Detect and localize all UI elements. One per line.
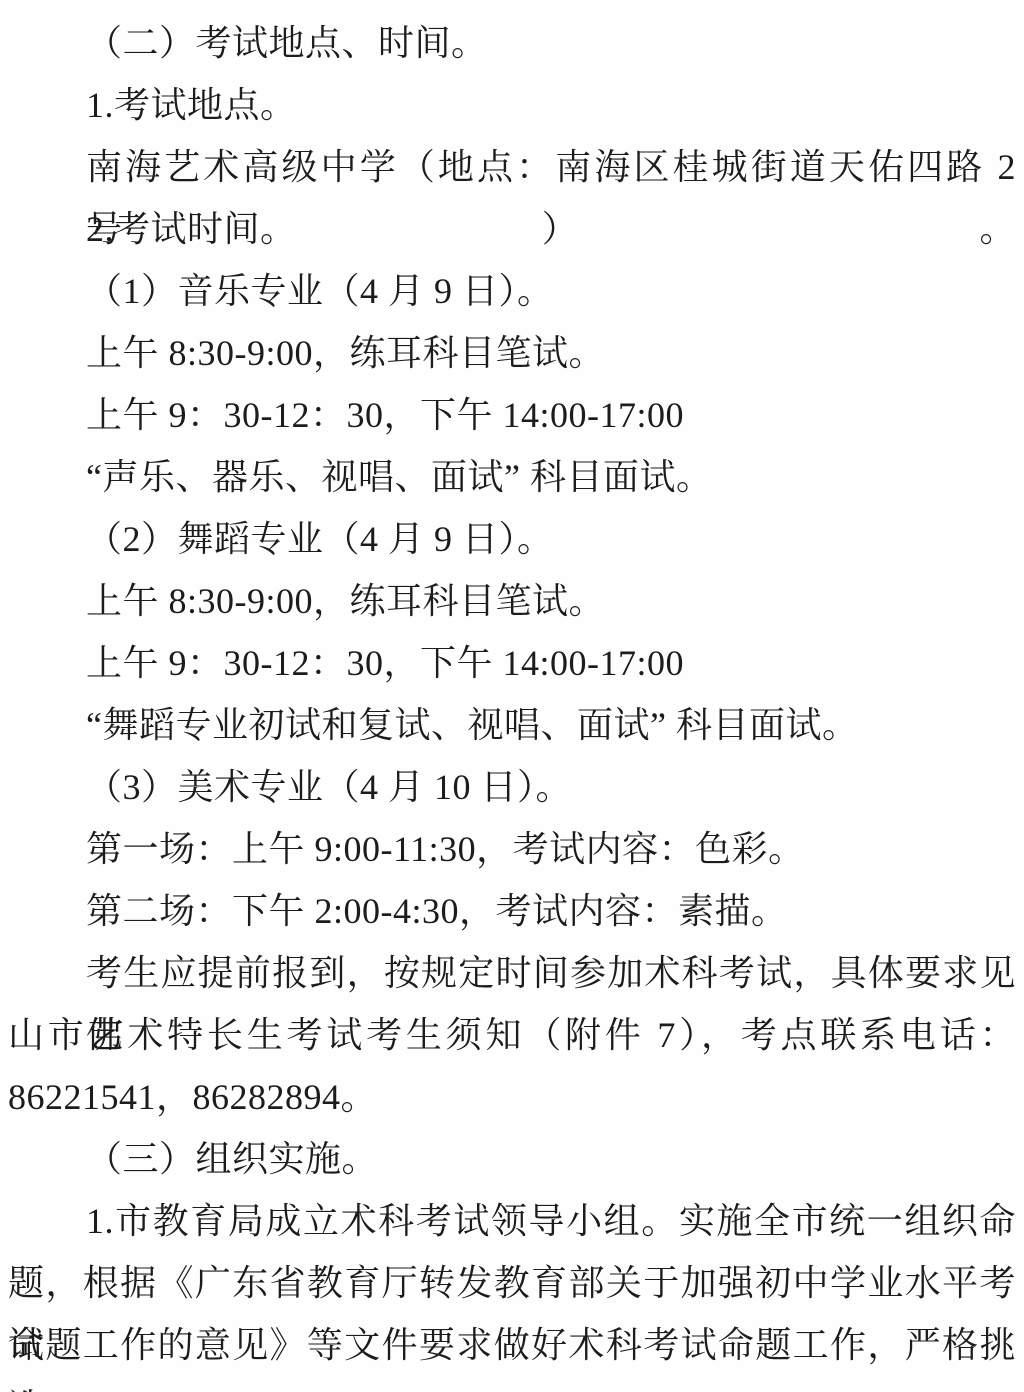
text-line: “舞蹈专业初试和复试、视唱、面试” 科目面试。	[8, 694, 1016, 756]
text-line: 上午 9：30-12：30，下午 14:00-17:00	[8, 632, 1016, 694]
text-line: 1.市教育局成立术科考试领导小组。实施全市统一组织命	[8, 1190, 1016, 1252]
document-body: （二）考试地点、时间。1.考试地点。南海艺术高级中学（地点：南海区桂城街道天佑四…	[8, 12, 1016, 1376]
text-line: 第二场：下午 2:00-4:30，考试内容：素描。	[8, 880, 1016, 942]
text-line: （三）组织实施。	[8, 1128, 1016, 1190]
text-line: “声乐、器乐、视唱、面试” 科目面试。	[8, 446, 1016, 508]
text-line: 上午 8:30-9:00，练耳科目笔试。	[8, 570, 1016, 632]
text-line: （二）考试地点、时间。	[8, 12, 1016, 74]
text-line: 命题工作的意见》等文件要求做好术科考试命题工作，严格挑选	[8, 1314, 1016, 1376]
text-line: （1）音乐专业（4 月 9 日）。	[8, 260, 1016, 322]
document-page: （二）考试地点、时间。1.考试地点。南海艺术高级中学（地点：南海区桂城街道天佑四…	[0, 0, 1024, 1392]
text-line: （3）美术专业（4 月 10 日）。	[8, 756, 1016, 818]
text-line: 1.考试地点。	[8, 74, 1016, 136]
text-line: 题，根据《广东省教育厅转发教育部关于加强初中学业水平考试	[8, 1252, 1016, 1314]
text-line: 上午 9：30-12：30，下午 14:00-17:00	[8, 384, 1016, 446]
text-line: 考生应提前报到，按规定时间参加术科考试，具体要求见佛	[8, 942, 1016, 1004]
text-line: 上午 8:30-9:00，练耳科目笔试。	[8, 322, 1016, 384]
text-line: 第一场：上午 9:00-11:30，考试内容：色彩。	[8, 818, 1016, 880]
text-line: 86221541，86282894。	[8, 1066, 1016, 1128]
text-line: 南海艺术高级中学（地点：南海区桂城街道天佑四路 2 号）。	[8, 136, 1016, 198]
text-line: 山市艺术特长生考试考生须知（附件 7），考点联系电话：	[8, 1004, 1016, 1066]
text-line: （2）舞蹈专业（4 月 9 日）。	[8, 508, 1016, 570]
